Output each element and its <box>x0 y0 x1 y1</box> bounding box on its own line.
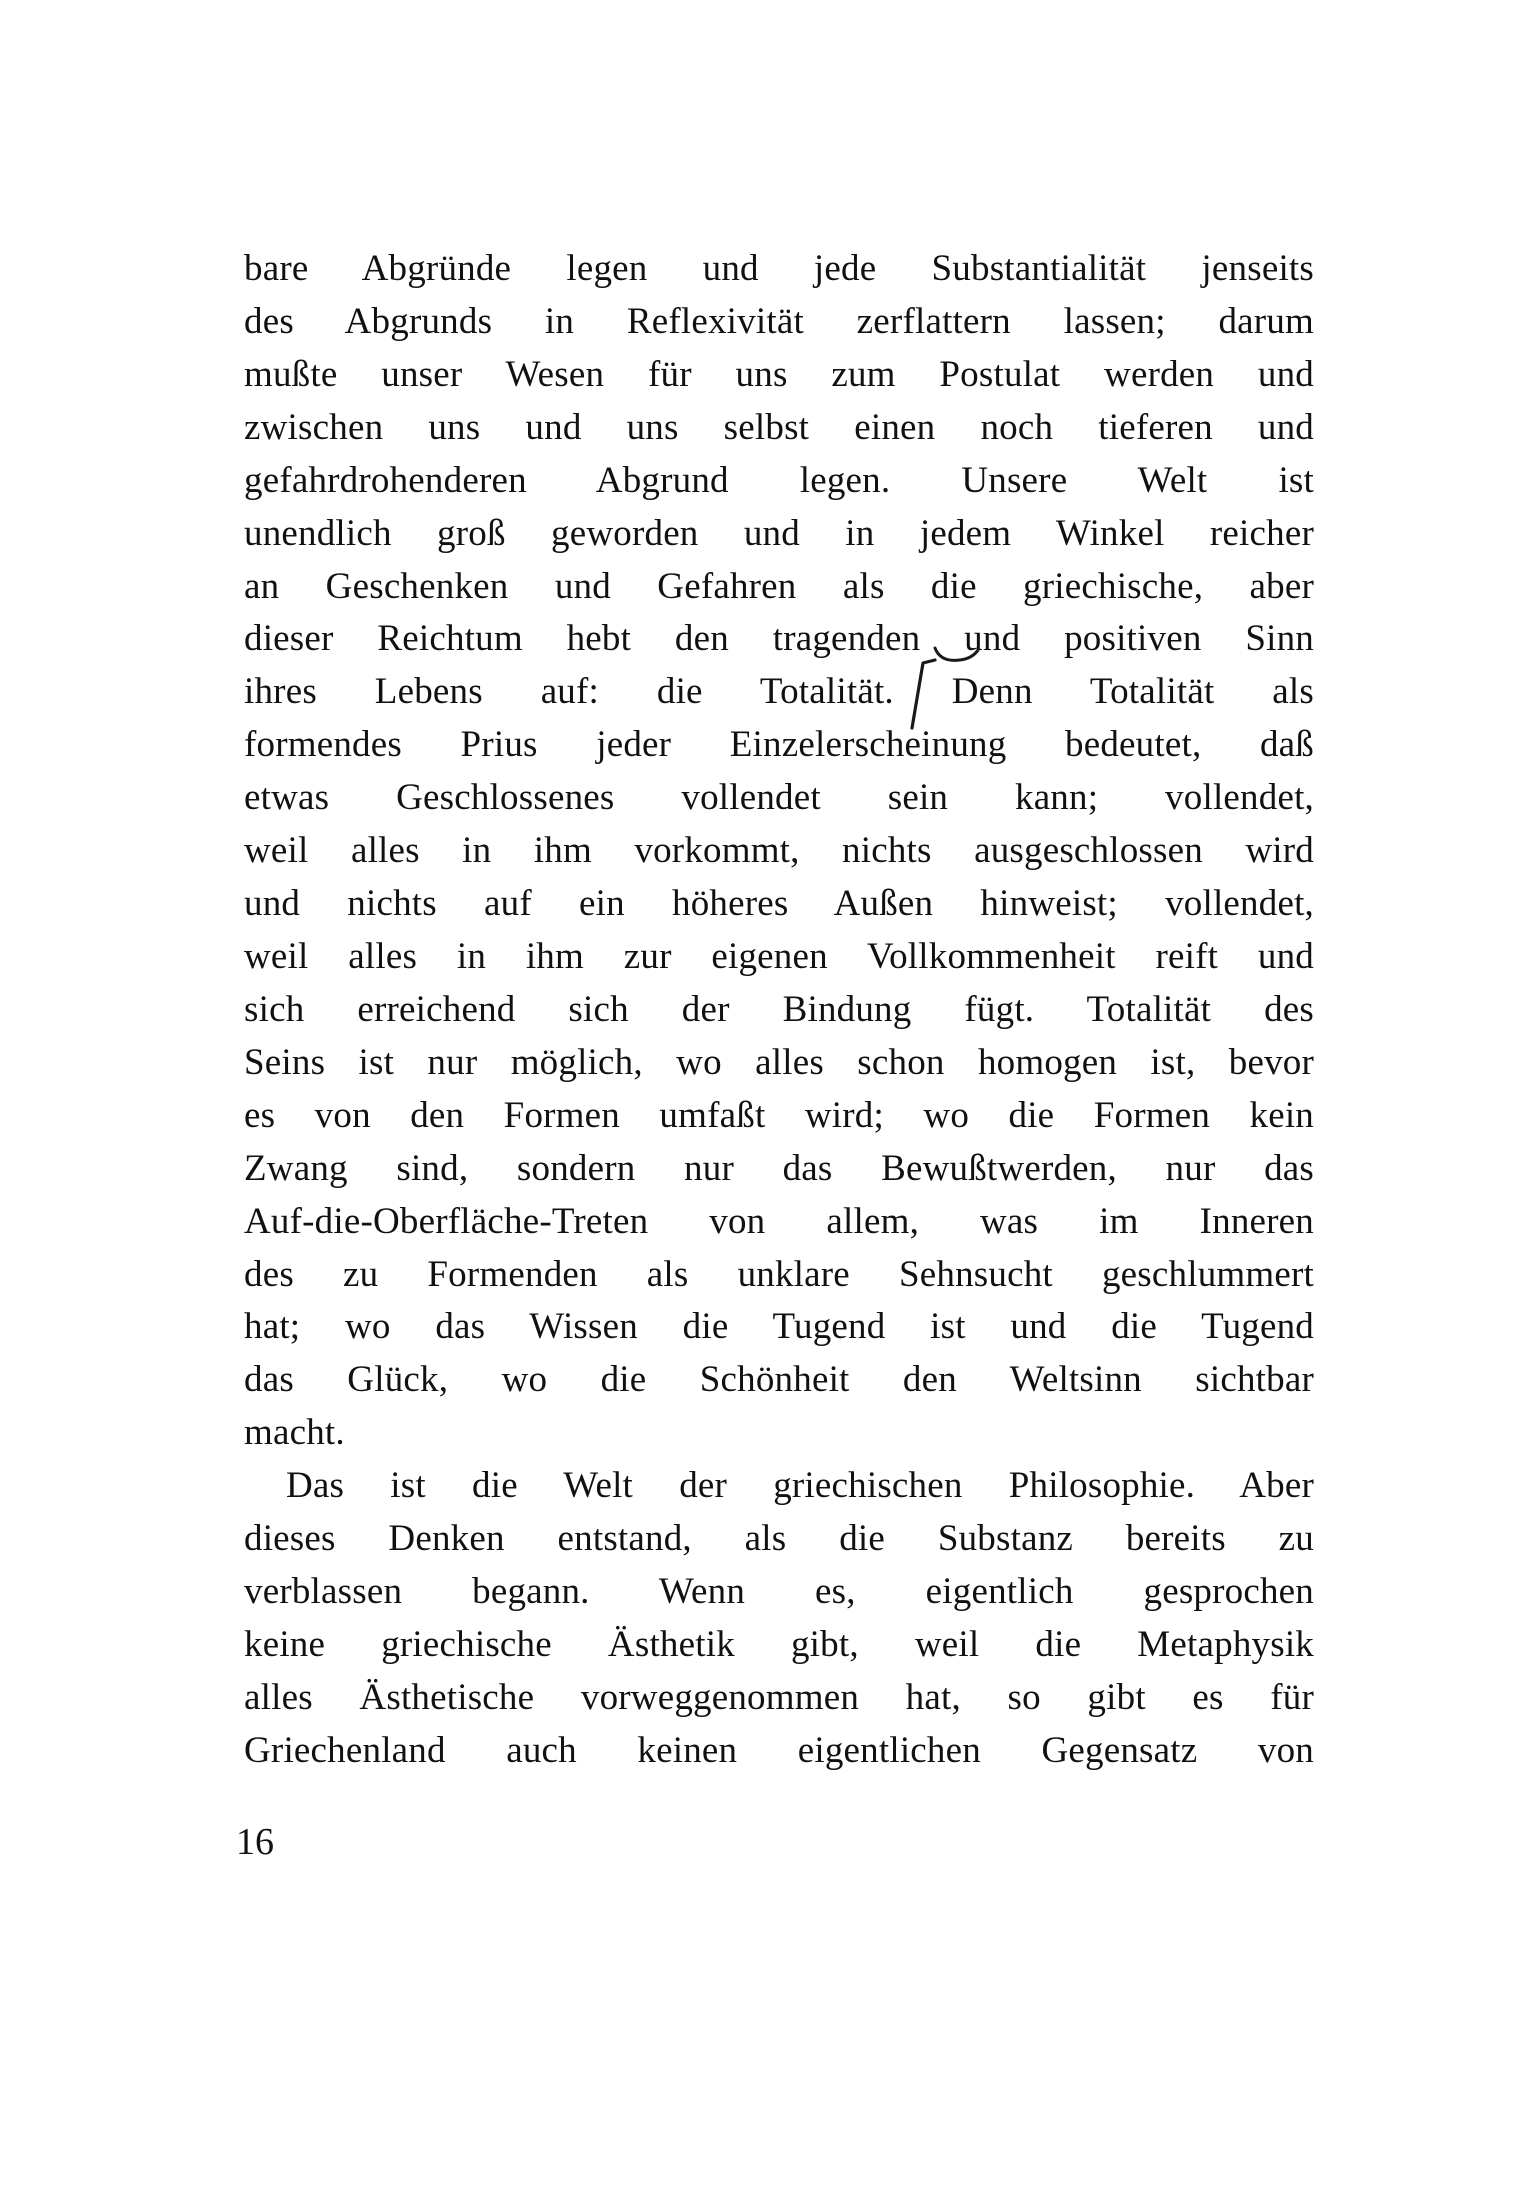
page-number: 16 <box>236 1818 274 1866</box>
text-line: verblassen begann. Wenn es, eigentlich g… <box>244 1566 1314 1619</box>
text-line: formendes Prius jeder Einzelerscheinung … <box>244 719 1314 772</box>
text-line: das Glück, wo die Schönheit den Weltsinn… <box>244 1354 1314 1407</box>
text-line: dieser Reichtum hebt den tragenden und p… <box>244 613 1314 666</box>
text-line: Auf-die-Oberfläche-Treten von allem, was… <box>244 1196 1314 1249</box>
text-line: Zwang sind, sondern nur das Bewußtwerden… <box>244 1143 1314 1196</box>
text-line: hat; wo das Wissen die Tugend ist und di… <box>244 1301 1314 1354</box>
text-line: ihres Lebens auf: die Totalität. Denn To… <box>244 666 1314 719</box>
text-line: zwischen uns und uns selbst einen noch t… <box>244 402 1314 455</box>
text-line: des zu Formenden als unklare Sehnsucht g… <box>244 1249 1314 1302</box>
text-line: weil alles in ihm zur eigenen Vollkommen… <box>244 931 1314 984</box>
text-line: weil alles in ihm vorkommt, nichts ausge… <box>244 825 1314 878</box>
text-line: gefahrdrohenderen Abgrund legen. Unsere … <box>244 455 1314 508</box>
paragraph-1: bare Abgründe legen und jede Substantial… <box>244 243 1314 1460</box>
body-text: bare Abgründe legen und jede Substantial… <box>244 243 1314 1778</box>
text-line: und nichts auf ein höheres Außen hinweis… <box>244 878 1314 931</box>
text-line: unendlich groß geworden und in jedem Win… <box>244 508 1314 561</box>
text-line: macht. <box>244 1407 1314 1460</box>
text-line: sich erreichend sich der Bindung fügt. T… <box>244 984 1314 1037</box>
text-line: an Geschenken und Gefahren als die griec… <box>244 561 1314 614</box>
text-line: Das ist die Welt der griechischen Philos… <box>244 1460 1314 1513</box>
text-line: etwas Geschlossenes vollendet sein kann;… <box>244 772 1314 825</box>
text-line: dieses Denken entstand, als die Substanz… <box>244 1513 1314 1566</box>
text-line: Griechenland auch keinen eigentlichen Ge… <box>244 1725 1314 1778</box>
text-line: Seins ist nur möglich, wo alles schon ho… <box>244 1037 1314 1090</box>
text-line: mußte unser Wesen für uns zum Postulat w… <box>244 349 1314 402</box>
text-line: bare Abgründe legen und jede Substantial… <box>244 243 1314 296</box>
text-line: des Abgrunds in Reflexivität zerflattern… <box>244 296 1314 349</box>
paragraph-2: Das ist die Welt der griechischen Philos… <box>244 1460 1314 1778</box>
text-line: keine griechische Ästhetik gibt, weil di… <box>244 1619 1314 1672</box>
text-line: alles Ästhetische vorweggenommen hat, so… <box>244 1672 1314 1725</box>
text-line: es von den Formen umfaßt wird; wo die Fo… <box>244 1090 1314 1143</box>
book-page: bare Abgründe legen und jede Substantial… <box>0 0 1513 2189</box>
